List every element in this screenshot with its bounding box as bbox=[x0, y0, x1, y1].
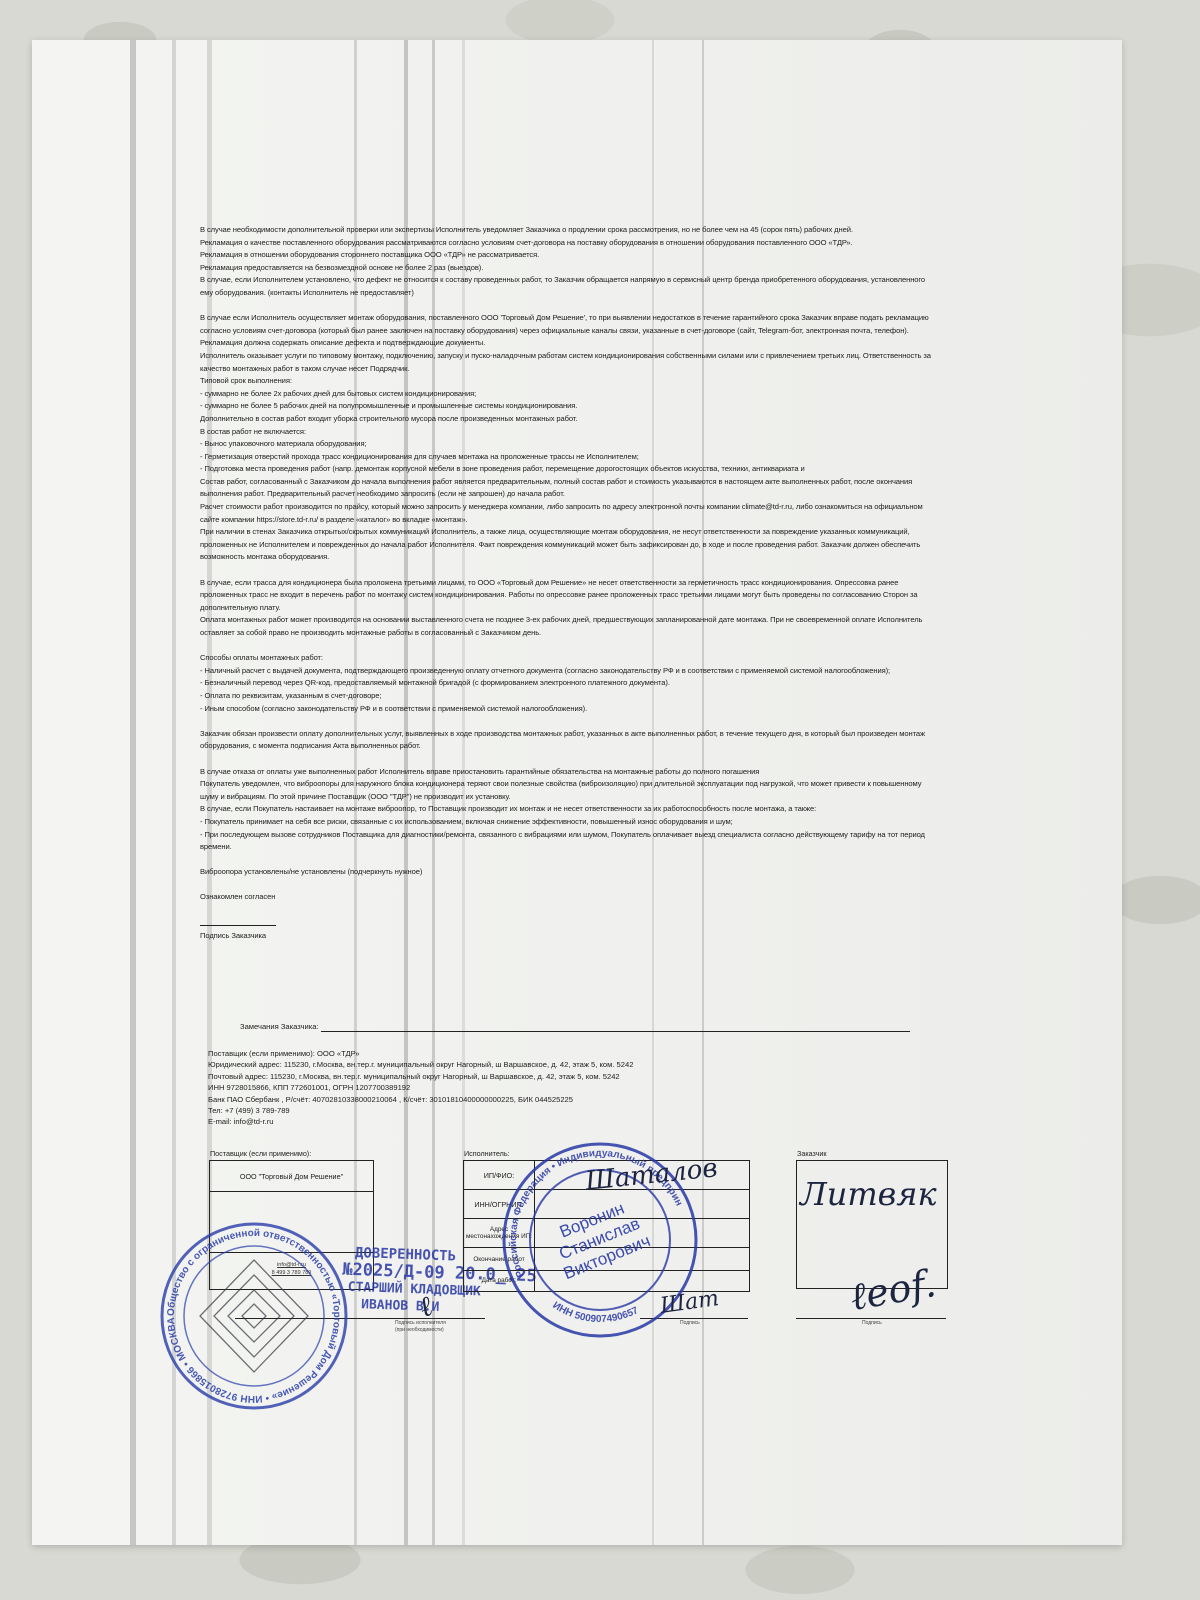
section-routes: В случае, если трасса для кондиционера б… bbox=[200, 577, 940, 640]
remarks-line bbox=[321, 1022, 910, 1032]
section-additional-services: Заказчик обязан произвести оплату дополн… bbox=[200, 728, 940, 753]
customer-signature-line bbox=[200, 917, 276, 926]
supplier-block-label: Поставщик (если применимо): bbox=[210, 1149, 311, 1158]
document-body: В случае необходимости дополнительной пр… bbox=[200, 224, 940, 943]
customer-signature-name: Литвяк bbox=[800, 1175, 937, 1213]
supplier-sign-caption: Подпись исполнителя (при необходимости) bbox=[395, 1320, 446, 1334]
customer-block-label: Заказчик bbox=[797, 1149, 827, 1158]
svg-text:Общество с ограниченной ответс: Общество с ограниченной ответственностью… bbox=[165, 1228, 342, 1404]
acknowledged-text: Ознакомлен согласен bbox=[200, 891, 940, 904]
company-seal-stamp: Общество с ограниченной ответственностью… bbox=[158, 1220, 350, 1412]
customer-remarks: Замечания Заказчика: bbox=[240, 1022, 910, 1032]
section-claims: В случае необходимости дополнительной пр… bbox=[200, 224, 940, 300]
vibro-note: Виброопора установлены/не установлены (п… bbox=[200, 866, 940, 879]
supplier-company: ООО "Торговый Дом Решение" bbox=[210, 1161, 373, 1192]
section-installation: В случае если Исполнитель осуществляет м… bbox=[200, 312, 940, 564]
supplier-requisites: Поставщик (если применимо): ООО «ТДР» Юр… bbox=[208, 1048, 633, 1128]
section-refusal-vibro: В случае отказа от оплаты уже выполненны… bbox=[200, 766, 940, 854]
section-payment-methods: Способы оплаты монтажных работ: - Наличн… bbox=[200, 652, 940, 715]
company-seal-icon: Общество с ограниченной ответственностью… bbox=[158, 1220, 350, 1412]
customer-sign-line bbox=[796, 1318, 946, 1319]
customer-signature-label: Подпись Заказчика bbox=[200, 930, 940, 943]
customer-sign-caption: Подпись bbox=[862, 1320, 882, 1326]
